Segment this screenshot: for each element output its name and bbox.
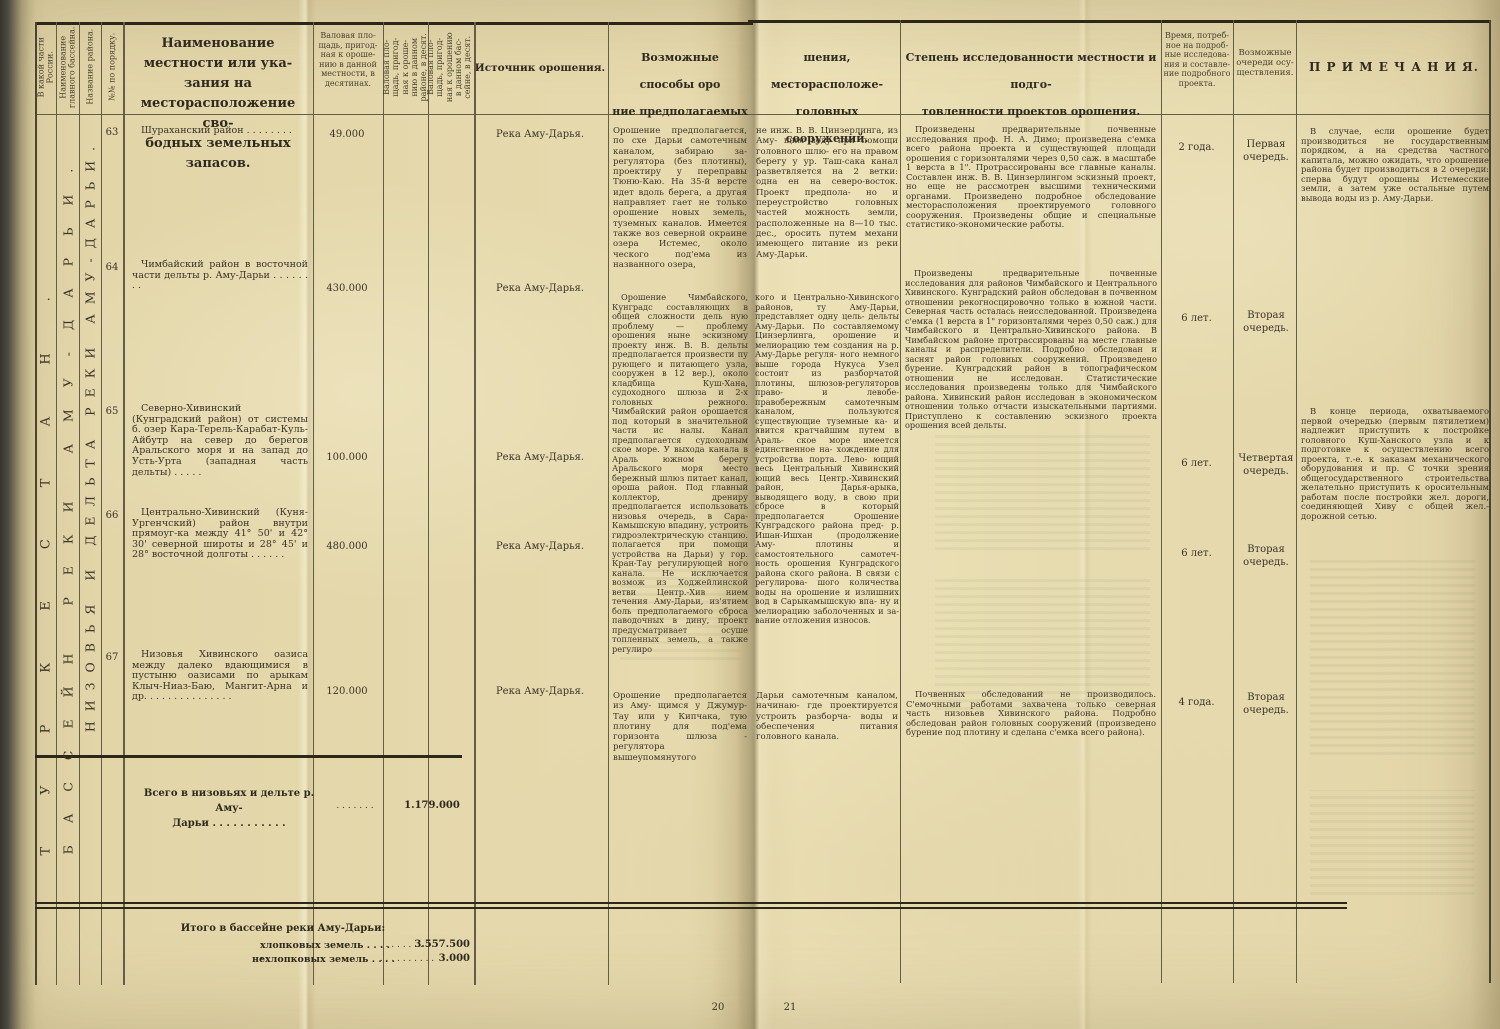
column-rule <box>101 22 102 985</box>
row-methods-right-half: Дарьи самотечным каналом, начинаю- где п… <box>756 691 898 742</box>
grand-total-double-rule-2 <box>35 907 1347 909</box>
row-research-status: Произведены предварительные почвенные ис… <box>906 125 1156 230</box>
row-queue: Вторая очередь. <box>1236 691 1296 717</box>
row-methods-left-half: Орошение предполагается из Аму- щимся у … <box>613 691 747 763</box>
col-header-part-of-russia: В какой части России. <box>37 23 56 111</box>
left-page-number: 20 <box>706 1002 730 1013</box>
row-queue: Вторая очередь. <box>1236 309 1296 335</box>
side-label-turkestan: ТУРКЕСТАН. <box>39 246 54 856</box>
column-rule <box>56 22 57 985</box>
row-time-needed: 4 года. <box>1162 697 1231 709</box>
row-location: Низовья Хивинского оазиса между далеко в… <box>132 650 308 703</box>
column-rule <box>474 22 476 985</box>
grand-total-noncotton-value: 3.000 <box>412 953 470 964</box>
row-research-status: Почвенных обследований не производилось.… <box>906 690 1156 738</box>
col-header-row-number: №№ по порядку. <box>107 23 116 111</box>
scan-left-edge <box>0 0 36 1029</box>
col-header-methods-left-half: Возможные способы оро ние предполагаемых <box>612 44 748 125</box>
col-header-area-basin: Валовая пло- щадь, пригод- ная к орошени… <box>426 23 472 111</box>
row-area-value: 49.000 <box>314 129 380 141</box>
row-queue: Первая очередь. <box>1236 138 1296 164</box>
show-through-ghost <box>1310 790 1475 900</box>
row-area-value: 430.000 <box>314 283 380 295</box>
col-header-notes: П Р И М Е Ч А Н И Я. <box>1300 60 1488 74</box>
row-location: Шураханский район . . . . . . . . <box>132 126 308 137</box>
table-top-border <box>748 20 1491 23</box>
col-header-area-locality: Валовая пло- щадь, пригод- ная к ороше- … <box>314 31 382 89</box>
rows-64-66-methods-left-half: Орошение Чимбайского, Кунградс составляю… <box>612 293 748 654</box>
column-rule <box>383 22 384 985</box>
row-location: Чимбайский район в восточной части дельт… <box>132 260 308 292</box>
column-rule <box>313 22 314 985</box>
row-number: 64 <box>101 262 123 274</box>
row-area-value: 100.000 <box>314 452 380 464</box>
column-rule <box>900 20 901 983</box>
rows-64-66-methods-right-half: кого и Центрально-Хивинского районов, ту… <box>755 293 899 626</box>
row-irrigation-source: Река Аму-Дарья. <box>474 541 606 553</box>
col-header-area-district: Валовая пло- щадь, пригод- ная к ороше- … <box>382 23 428 111</box>
row-location: Центрально-Хивинский (Куня-Ургенчский) р… <box>132 508 308 561</box>
col-header-irrigation-source: Источник орошения. <box>474 62 606 74</box>
column-rule <box>1296 20 1297 983</box>
row-irrigation-source: Река Аму-Дарья. <box>474 129 606 141</box>
row-queue: Вторая очередь. <box>1236 543 1296 569</box>
row-note: В конце периода, охватываемого первой оч… <box>1301 407 1489 521</box>
row-time-needed: 6 лет. <box>1162 313 1231 325</box>
row-area-value: 480.000 <box>314 541 380 553</box>
row-irrigation-source: Река Аму-Дарья. <box>474 686 606 698</box>
row-irrigation-source: Река Аму-Дарья. <box>474 283 606 295</box>
show-through-ghost <box>935 435 1150 555</box>
col-header-research-degree: Степень исследованности местности и подг… <box>903 44 1159 125</box>
scanned-book-spread: В какой части России. Наименование главн… <box>0 0 1500 1029</box>
row-irrigation-source: Река Аму-Дарья. <box>474 452 606 464</box>
col-header-possible-queues: Возможные очереди осу- ществления. <box>1235 48 1295 78</box>
row-location: Северно-Хивинский (Кунградский район) от… <box>132 404 308 478</box>
col-header-time-needed: Время, потреб- ное на подроб- ные исслед… <box>1163 31 1231 89</box>
row-methods-right-half: не инж. В. В. Цинзерлинга, из Аму- щим в… <box>756 126 898 260</box>
column-rule <box>428 22 429 985</box>
table-right-border <box>1489 20 1491 983</box>
row-number: 63 <box>101 127 123 139</box>
row-number: 66 <box>101 510 123 522</box>
row-methods-left-half: Орошение предполагается, по схе Дарьи са… <box>613 126 747 270</box>
col-header-main-basin: Наименование главного бассейна. <box>59 23 78 111</box>
column-rule <box>1161 20 1162 983</box>
right-page-number: 21 <box>778 1002 802 1013</box>
column-rule <box>79 22 80 985</box>
grand-total-double-rule-1 <box>35 902 1347 904</box>
col-header-location: Наименование местности или ука- зания на… <box>126 34 310 174</box>
row-time-needed: 6 лет. <box>1162 458 1231 470</box>
row-time-needed: 2 года. <box>1162 142 1231 154</box>
row-note: В случае, если орошение будет производит… <box>1301 127 1489 203</box>
subtotal-value: 1.179.000 <box>396 800 468 811</box>
column-rule <box>1233 20 1234 983</box>
row-area-value: 120.000 <box>314 686 380 698</box>
column-rule <box>35 22 37 985</box>
subtotal-label: Всего в низовьях и дельте р. Аму- Дарьи … <box>138 786 320 831</box>
subtotal-dot-leaders: . . . . . . . <box>316 801 394 811</box>
side-label-basin-amu-darya: БАССЕЙН РЕКИ АМУ-ДАРЬИ. <box>61 131 76 871</box>
row-number: 67 <box>101 652 123 664</box>
column-rule <box>123 22 125 985</box>
row-number: 65 <box>101 406 123 418</box>
subtotal-rule <box>35 755 462 758</box>
side-label-delta-amu-darya: НИЗОВЬЯ И ДЕЛЬТА РЕКИ АМУ-ДАРЬИ. <box>83 121 98 749</box>
row-queue: Четвертая очередь. <box>1236 452 1296 478</box>
column-rule <box>608 22 609 985</box>
row-time-needed: 6 лет. <box>1162 548 1231 560</box>
show-through-ghost <box>1310 560 1475 760</box>
col-header-district-name: Название района. <box>85 23 94 111</box>
grand-total-title: Итого в бассейне реки Аму-Дарьи: <box>178 923 388 934</box>
rows-64-66-research-status: Произведены предварительные почвенные ис… <box>905 269 1157 431</box>
grand-total-cotton-value: 3.557.500 <box>412 939 470 950</box>
